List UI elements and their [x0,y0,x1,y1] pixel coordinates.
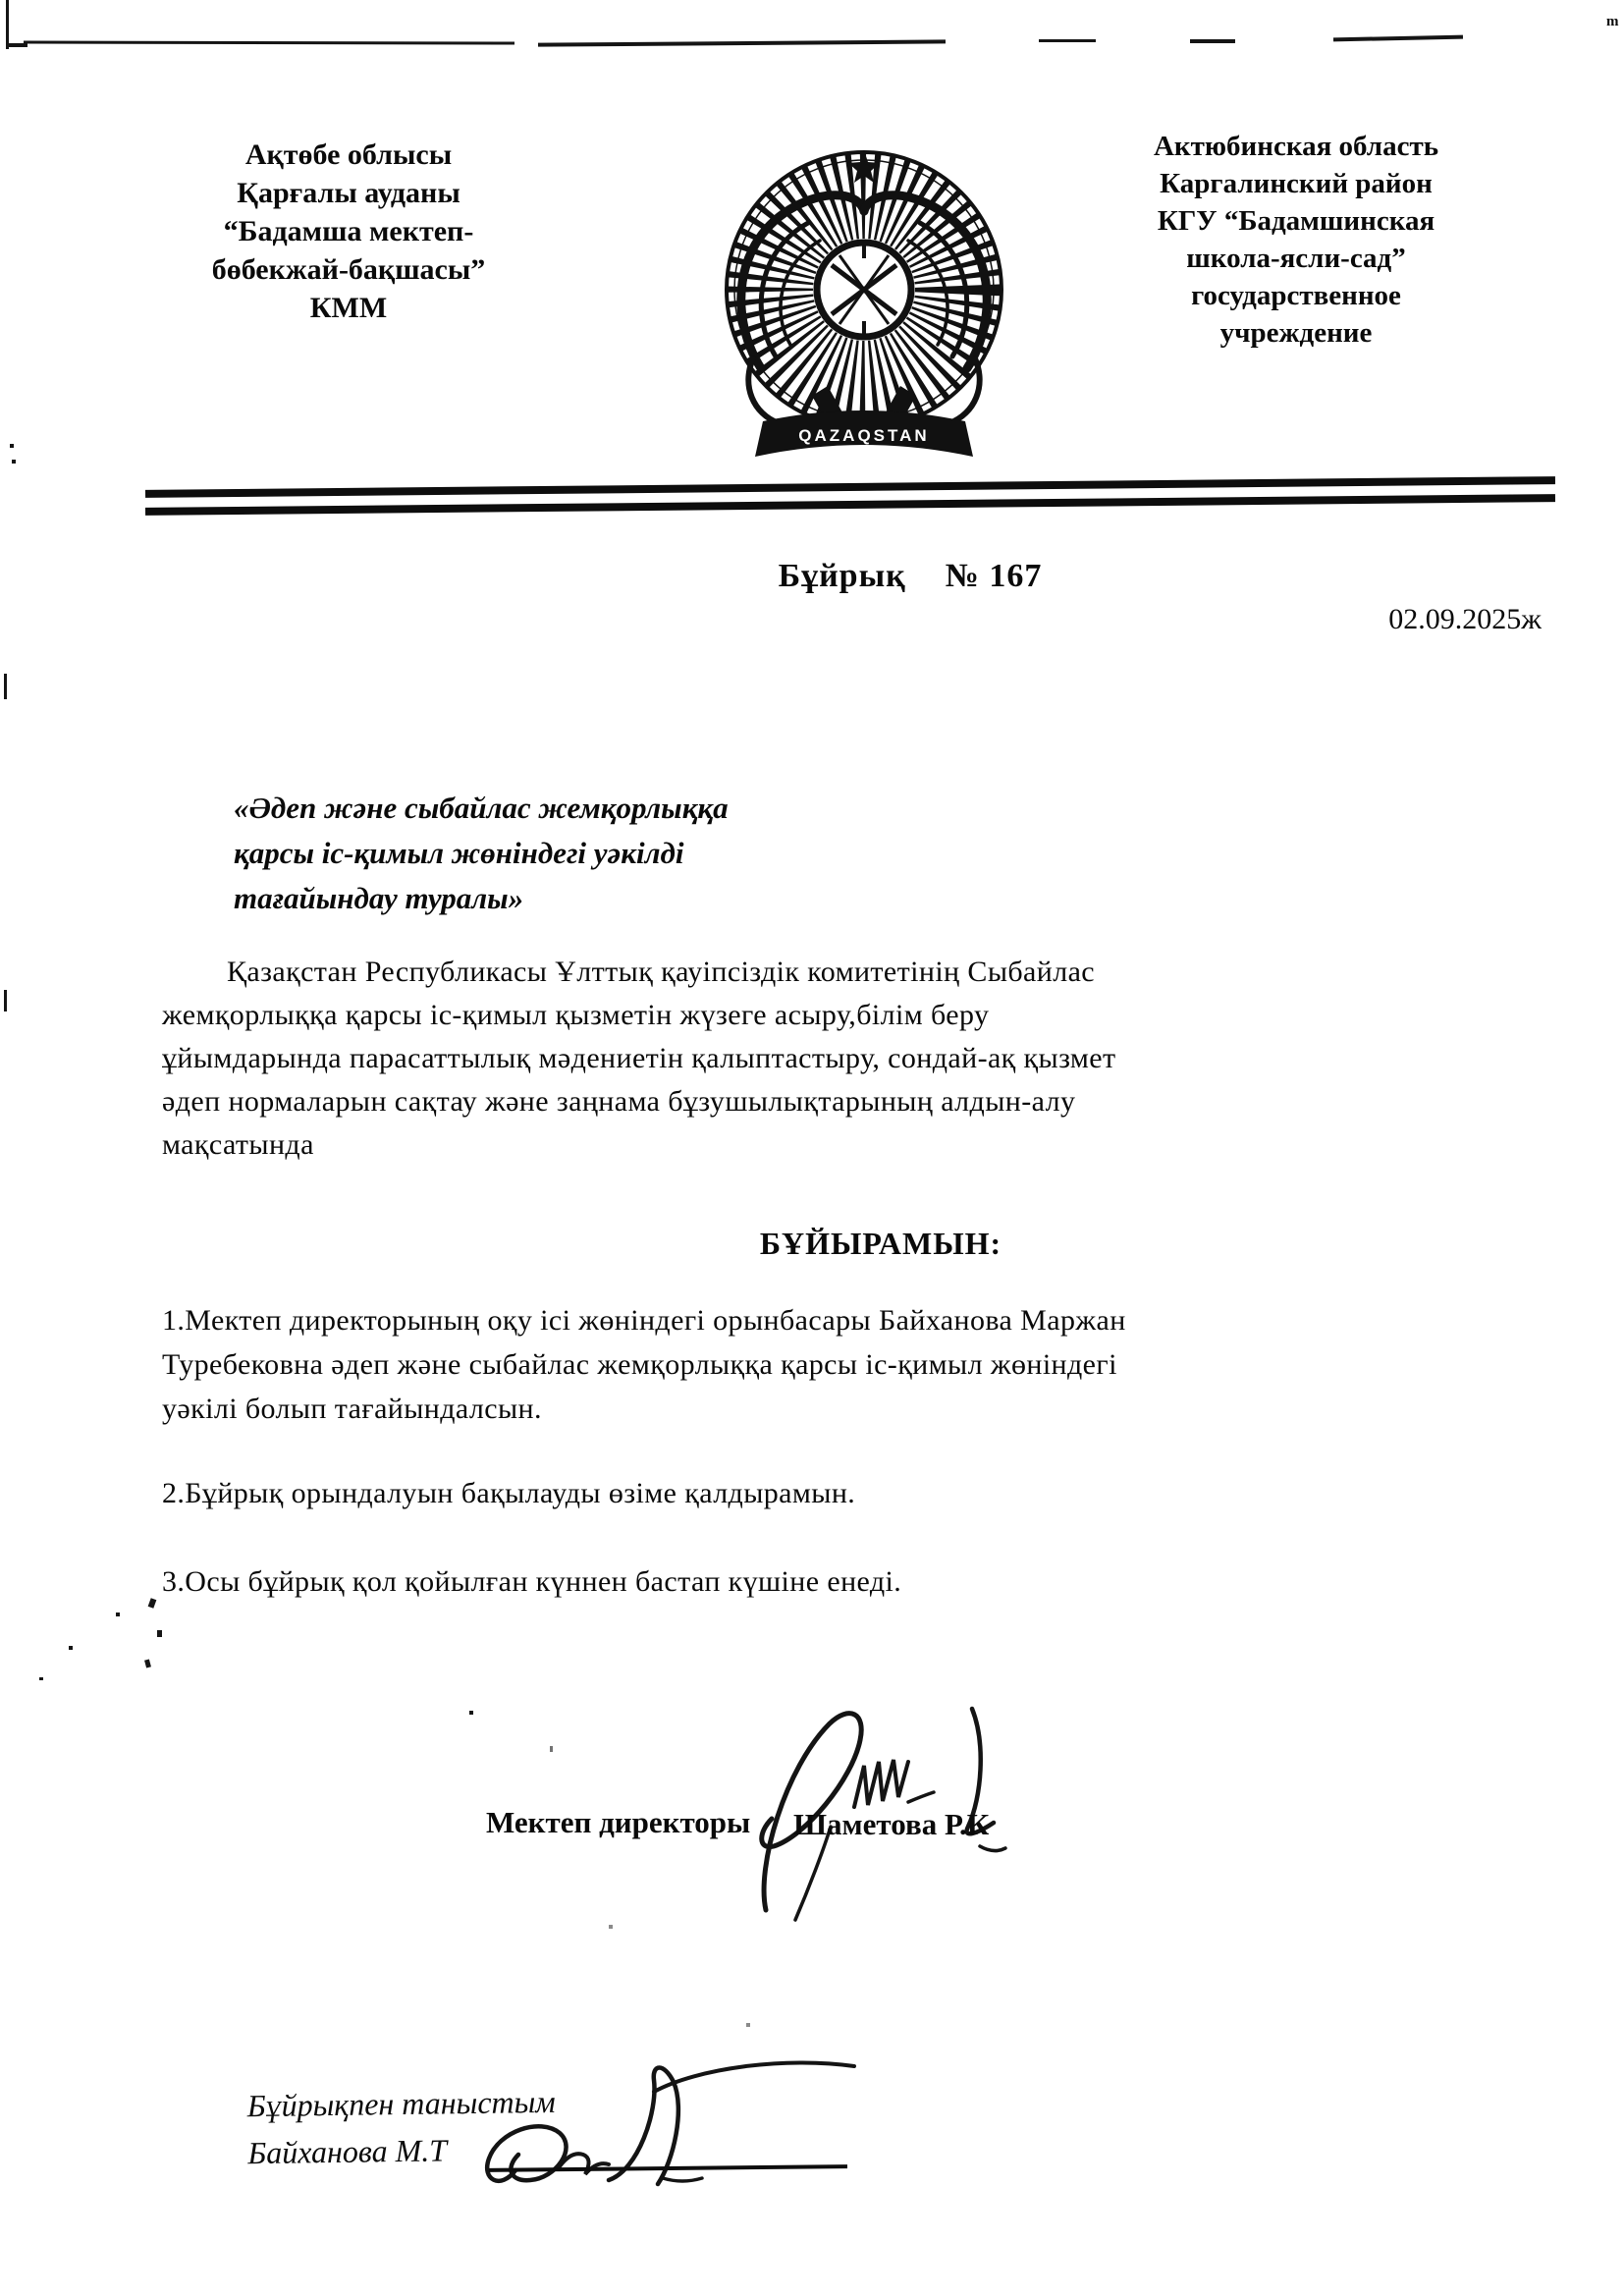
order-number: № 167 [946,558,1043,594]
item-line: 2.Бұйрық орындалуын бақылауды өзіме қалд… [162,1471,855,1515]
header-right-line: Актюбинская область [1060,128,1532,165]
preamble-line: жемқорлыққа қарсы іс-қимыл қызметін жүзе… [162,994,1116,1037]
preamble-line: Қазақстан Республикасы Ұлттық қауіпсізді… [162,951,1116,994]
preamble-line: ұйымдарында парасаттылық мәдениетін қалы… [162,1037,1116,1080]
scan-artifact [746,2023,750,2027]
order-item-1: 1.Мектеп директорының оқу ісі жөніндегі … [162,1298,1126,1431]
scan-artifact [6,0,9,49]
header-divider-line [145,494,1555,516]
scan-artifact [469,1711,473,1715]
scan-artifact [157,1630,162,1637]
order-item-3: 3.Осы бұйрық қол қойылған күннен бастап … [162,1559,901,1604]
emblem-banner-text: QAZAQSTAN [798,426,929,445]
header-right-line: КГУ “Бадамшинская [1060,202,1532,240]
signature-stroke-icon [461,2052,933,2210]
scan-artifact [4,990,7,1011]
scan-artifact [24,40,514,44]
header-right-line: государственное [1060,277,1532,314]
scanned-order-document: m Ақтөбе облысы Қарғалы ауданы “Бадамша … [0,0,1624,2296]
scan-artifact [69,1646,73,1650]
item-line: 3.Осы бұйрық қол қойылған күннен бастап … [162,1559,901,1604]
scan-artifact [10,444,14,448]
scan-artifact [609,1925,613,1929]
preamble-line: әдеп нормаларын сақтау және заңнама бұзу… [162,1080,1116,1123]
resolution-word: БҰЙЫРАМЫН: [69,1226,1624,1262]
item-line: 1.Мектеп директорының оқу ісі жөніндегі … [162,1298,1126,1342]
header-left-line: КММ [137,289,560,327]
coat-of-arms-icon: QAZAQSTAN [702,133,1026,466]
scan-artifact [1039,39,1096,42]
scan-artifact: m [1606,14,1619,30]
scan-artifact [538,39,946,46]
header-left-line: бөбекжай-бақшасы” [137,250,560,289]
header-right-line: школа-ясли-сад” [1060,240,1532,277]
signature-name: Шаметова Р.К [793,1807,989,1842]
order-date: 02.09.2025ж [1031,603,1542,636]
scan-artifact [1190,39,1235,43]
header-kazakh-block: Ақтөбе облысы Қарғалы ауданы “Бадамша ме… [137,136,560,327]
kazakhstan-emblem: QAZAQSTAN [702,133,1026,457]
subject-line: «Әдеп және сыбайлас жемқорлыққа [234,786,729,831]
acknowledgement-signature [461,2052,933,2210]
subject-line: тағайындау туралы» [234,876,729,921]
order-preamble: Қазақстан Республикасы Ұлттық қауіпсізді… [162,951,1116,1167]
item-line: уәкілі болып тағайындалсын. [162,1387,1126,1431]
subject-line: қарсы іс-қимыл жөніндегі уәкілді [234,831,729,876]
item-line: Туребековна әдеп және сыбайлас жемқорлық… [162,1342,1126,1387]
scan-artifact [116,1613,120,1616]
header-divider-line [145,476,1555,498]
header-left-line: Қарғалы ауданы [137,174,560,212]
header-left-line: Ақтөбе облысы [137,136,560,174]
preamble-line: мақсатында [162,1123,1116,1167]
order-item-2: 2.Бұйрық орындалуын бақылауды өзіме қалд… [162,1471,855,1515]
scan-artifact [144,1659,151,1667]
scan-artifact [1333,35,1463,42]
header-right-line: учреждение [1060,314,1532,352]
scan-artifact [6,43,27,47]
header-left-line: “Бадамша мектеп- [137,212,560,250]
order-subject: «Әдеп және сыбайлас жемқорлыққа қарсы іс… [234,786,729,921]
header-right-line: Каргалинский район [1060,165,1532,202]
order-title: Бұйрық№ 167 [98,558,1624,595]
scan-artifact [12,460,16,464]
scan-artifact [550,1746,553,1752]
order-title-word: Бұйрық [779,558,906,594]
header-russian-block: Актюбинская область Каргалинский район К… [1060,128,1532,352]
scan-artifact [4,674,7,699]
scan-artifact [148,1598,157,1609]
scan-artifact [39,1677,43,1680]
